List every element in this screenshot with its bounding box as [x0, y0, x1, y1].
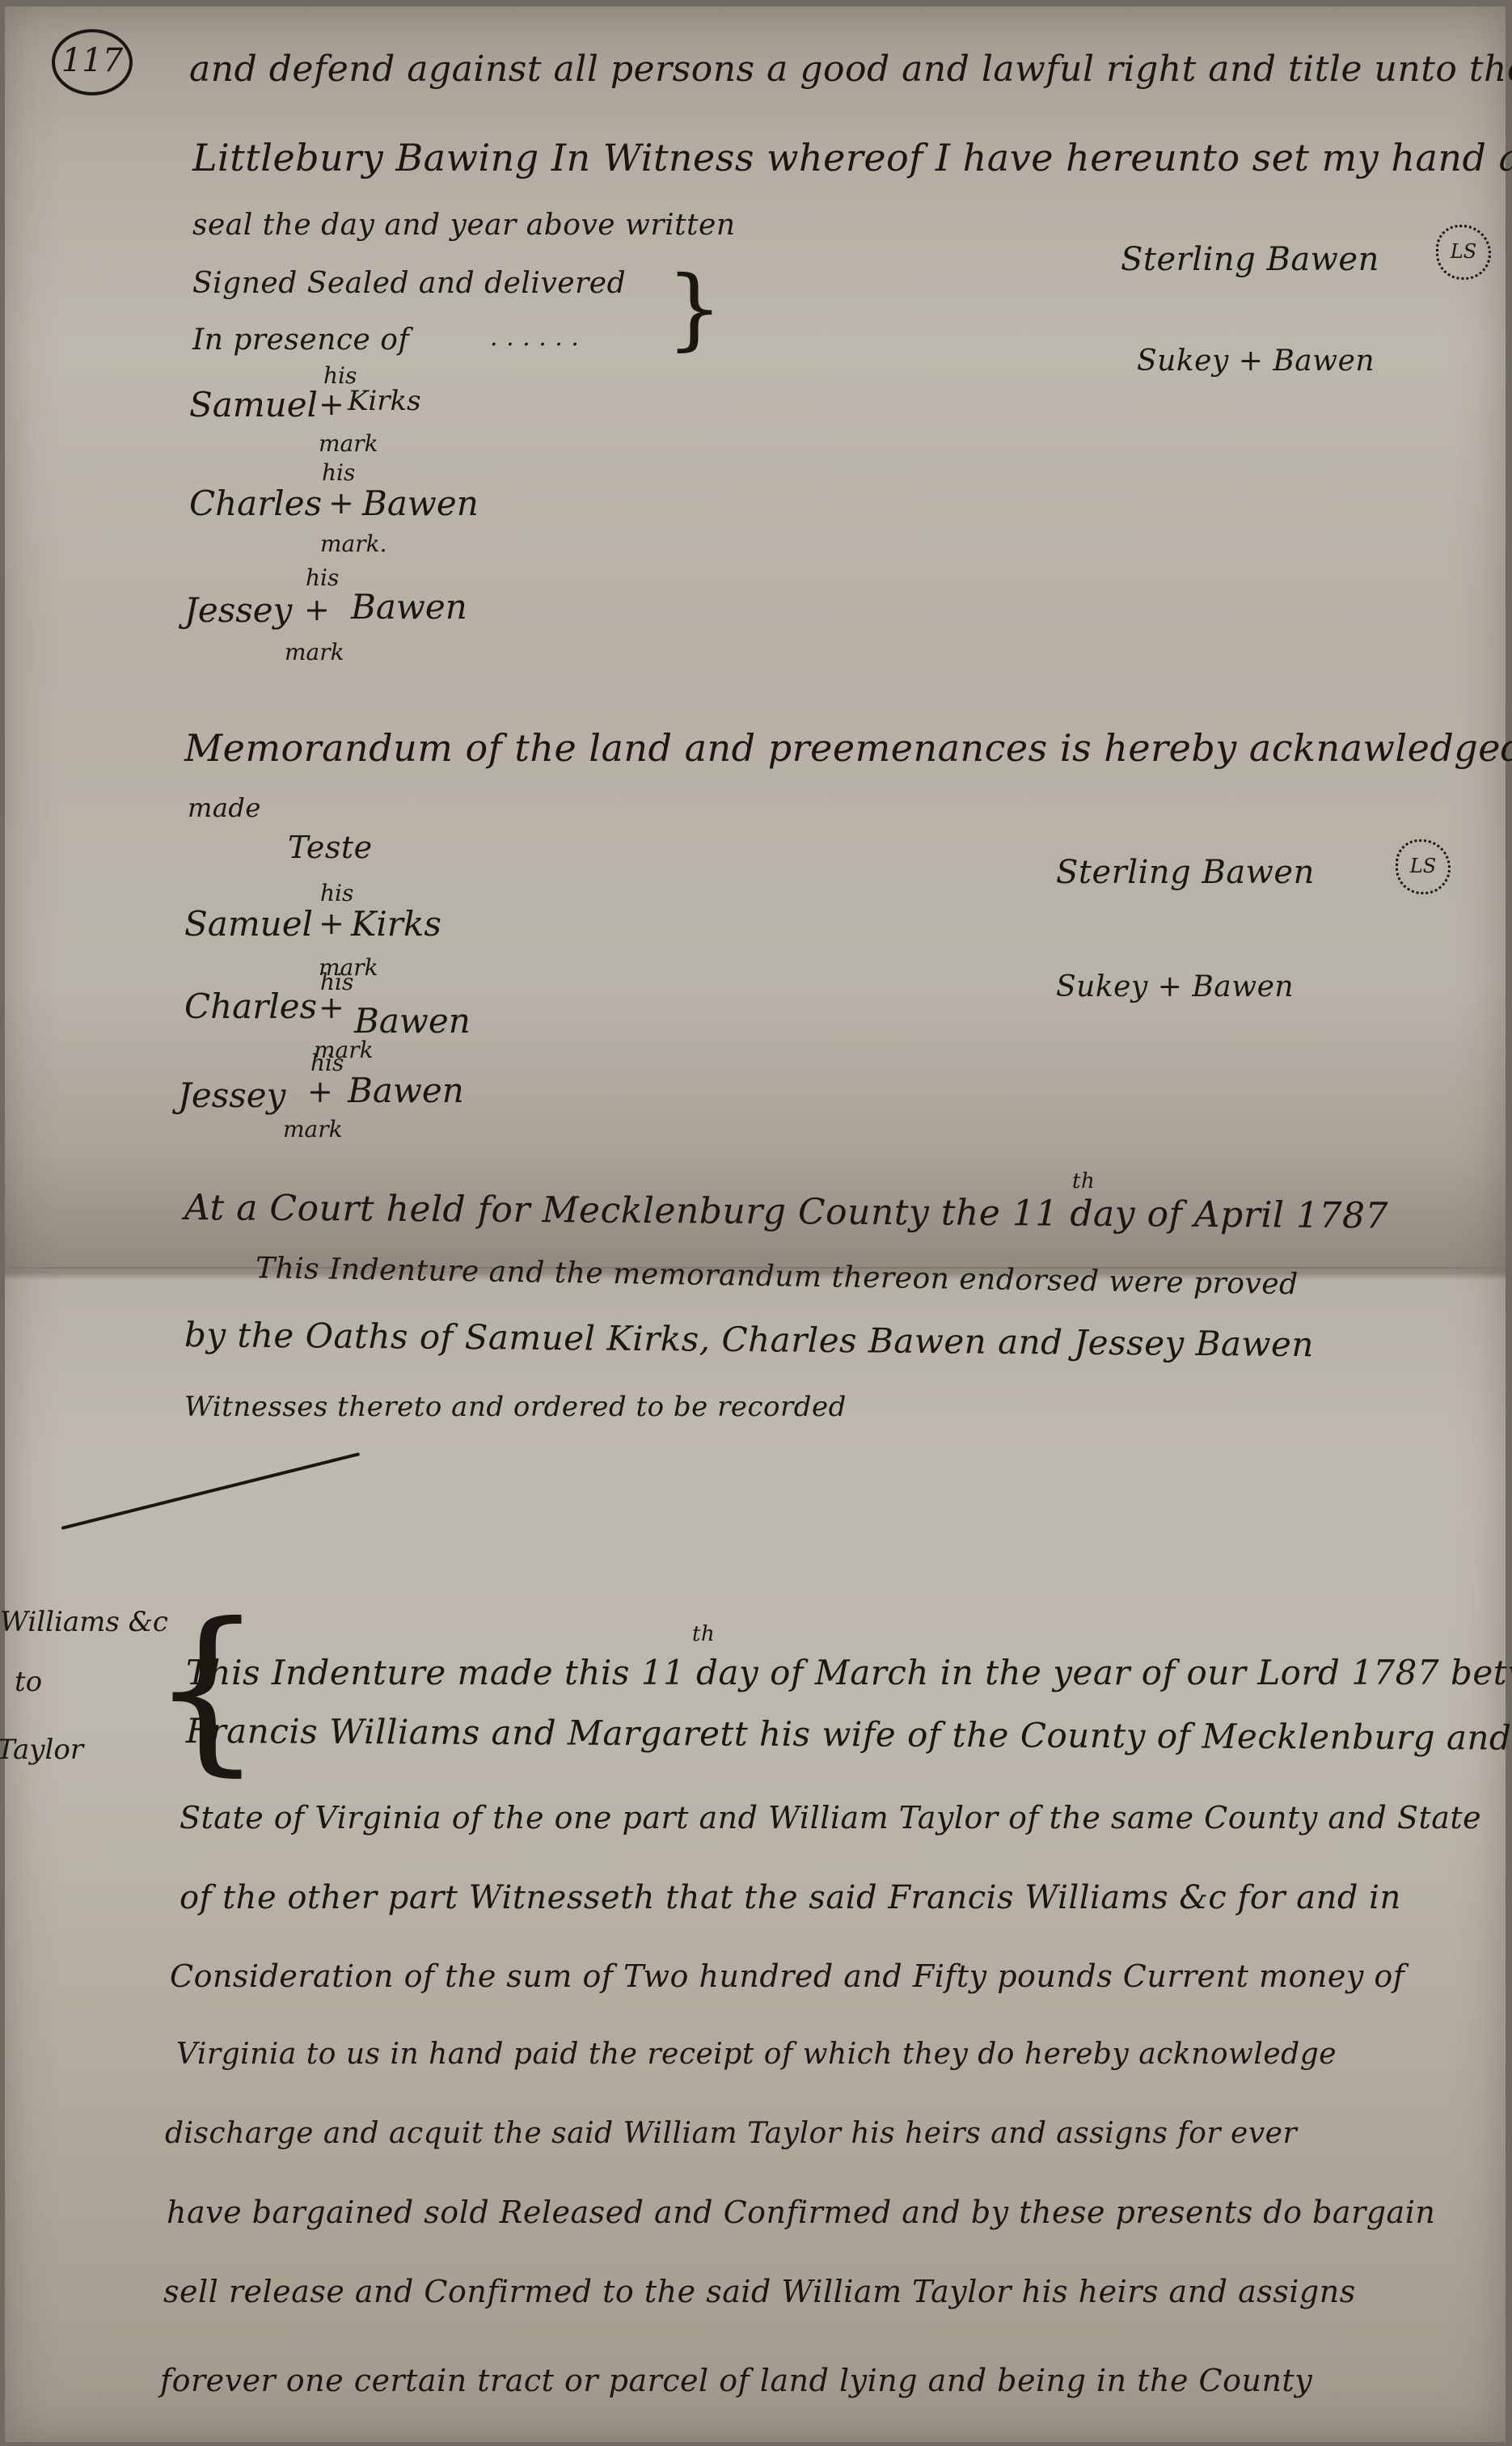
wax-seal-icon: LS — [1396, 839, 1451, 894]
deed-two-line-3: State of Virginia of the one part and Wi… — [179, 1800, 1481, 1836]
mark-label: mark — [285, 639, 344, 665]
margin-note-line-1: Williams &c — [0, 1606, 168, 1638]
deed-two-line-9: sell release and Confirmed to the said W… — [163, 2274, 1356, 2309]
teste-label: Teste — [288, 830, 373, 865]
signer-sukey-bawen: Sukey + Bawen — [1137, 344, 1375, 378]
margin-note-line-3: Taylor — [0, 1734, 83, 1766]
court-record-line-2: This Indenture and the memorandum thereo… — [256, 1252, 1299, 1301]
memorandum-line-2: made — [188, 792, 261, 823]
cross-mark: + — [304, 592, 330, 627]
deed-two-line-2: Francis Williams and Margarett his wife … — [186, 1711, 1512, 1758]
witness-first-name: Jessey — [184, 590, 292, 630]
deed-two-line-7: discharge and acquit the said William Ta… — [165, 2117, 1297, 2150]
attestation-dots: . . . . . . — [490, 323, 579, 352]
his-label: his — [322, 459, 355, 486]
folio-number: 117 — [52, 29, 133, 95]
attestation-brace: } — [666, 264, 723, 353]
witness-last-name: Kirks — [351, 904, 441, 944]
cross-mark: + — [328, 485, 354, 521]
court-record-line-1: At a Court held for Mecklenburg County t… — [184, 1187, 1388, 1236]
witness-first-name: Charles — [184, 986, 317, 1026]
witness-last-name: Bawen — [351, 587, 467, 627]
memorandum-line-1: Memorandum of the land and preemenances … — [184, 726, 1512, 770]
deed-two-superscript: th — [692, 1622, 715, 1646]
in-presence-of: In presence of — [192, 323, 409, 357]
his-label: his — [320, 880, 353, 906]
witness-first-name: Samuel — [189, 385, 318, 425]
witness-first-name: Charles — [189, 484, 322, 523]
cross-mark: + — [319, 906, 344, 941]
his-label: his — [306, 564, 339, 591]
deed-two-line-8: have bargained sold Released and Confirm… — [167, 2195, 1435, 2230]
witness-first-name: Samuel — [184, 904, 313, 944]
witness-last-name: Bawen — [362, 484, 479, 523]
cross-mark: + — [307, 1074, 333, 1109]
signed-sealed-delivered: Signed Sealed and delivered — [192, 267, 626, 300]
section-divider-stroke — [61, 1452, 361, 1530]
deed-one-line-3: seal the day and year above written — [192, 209, 736, 242]
cross-mark: + — [319, 387, 344, 422]
cross-mark: + — [319, 990, 344, 1025]
witness-last-name: Kirks — [348, 385, 421, 417]
deed-one-line-1: and defend against all persons a good an… — [189, 49, 1512, 90]
wax-seal-icon: LS — [1436, 225, 1491, 280]
deed-two-line-4: of the other part Witnesseth that the sa… — [179, 1879, 1401, 1916]
memo-signer-sterling-bawen: Sterling Bawen — [1056, 854, 1315, 891]
deed-two-line-5: Consideration of the sum of Two hundred … — [170, 1958, 1404, 1994]
deed-two-line-6: Virginia to us in hand paid the receipt … — [176, 2038, 1337, 2071]
mark-label: mark — [319, 430, 378, 457]
court-record-line-4: Witnesses thereto and ordered to be reco… — [184, 1391, 847, 1423]
signer-sterling-bawen: Sterling Bawen — [1121, 241, 1379, 278]
deed-one-line-2: Littlebury Bawing In Witness whereof I h… — [192, 136, 1512, 180]
witness-last-name: Bawen — [348, 1071, 464, 1110]
deed-two-line-1: This Indenture made this 11 day of March… — [186, 1653, 1512, 1692]
margin-note-line-2: to — [15, 1666, 42, 1698]
manuscript-page: 117 and defend against all persons a goo… — [5, 6, 1506, 2442]
mark-label: mark — [283, 1116, 343, 1143]
witness-first-name: Jessey — [178, 1075, 285, 1115]
court-date-superscript: th — [1072, 1169, 1095, 1193]
his-label: his — [310, 1050, 344, 1076]
memo-signer-sukey-bawen: Sukey + Bawen — [1056, 970, 1294, 1003]
witness-last-name: Bawen — [354, 1001, 471, 1041]
deed-two-line-10: forever one certain tract or parcel of l… — [160, 2363, 1312, 2398]
mark-label: mark. — [320, 530, 387, 557]
court-record-line-3: by the Oaths of Samuel Kirks, Charles Ba… — [184, 1315, 1314, 1364]
